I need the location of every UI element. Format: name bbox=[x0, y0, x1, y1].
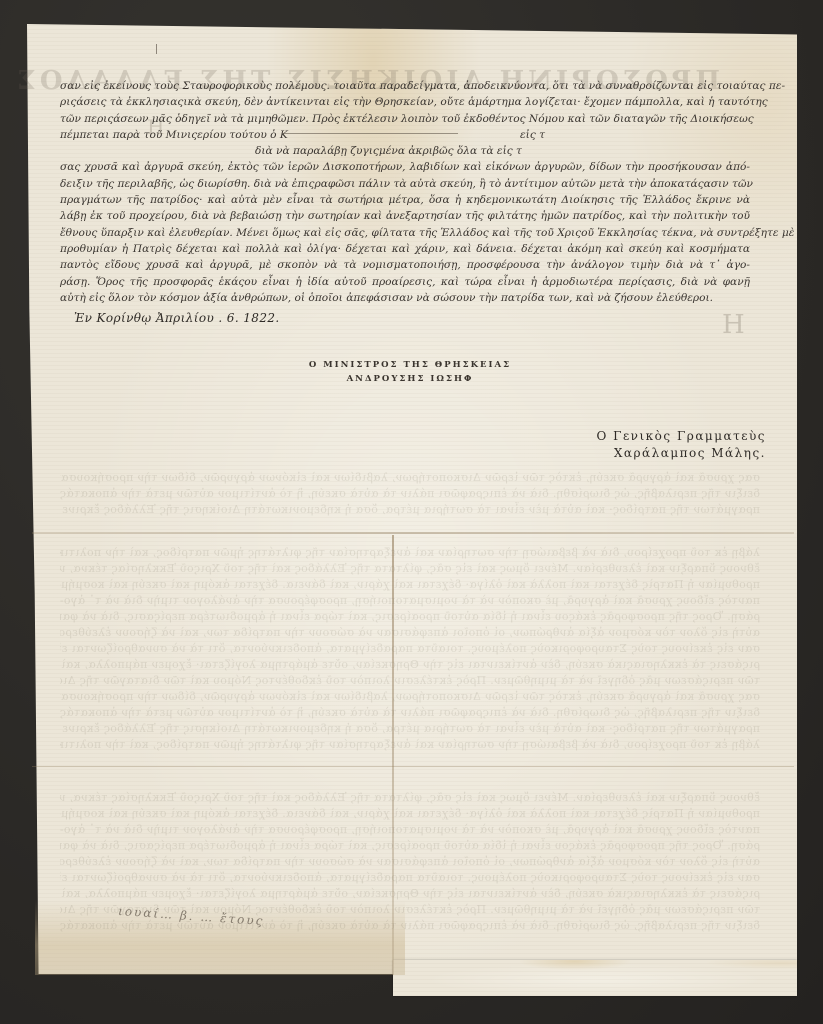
minister-signature-block: Ο ΜΙΝΙΣΤΡΟΣ ΤΗΣ ΘΡΗΣΚΕΙΑΣ ΑΝΔΡΟΥΣΗΣ ΙΩΣΗ… bbox=[290, 358, 530, 386]
secretary-name: Χαράλαμπος Μάλης. bbox=[556, 445, 766, 462]
secretary-signature-block: Ο Γενικὸς Γραμματεὺς Χαράλαμπος Μάλης. bbox=[556, 428, 766, 462]
minister-title: Ο ΜΙΝΙΣΤΡΟΣ ΤΗΣ ΘΡΗΣΚΕΙΑΣ bbox=[290, 358, 530, 372]
bleed-through-line: προθυμίαν ἡ Πατρὶς δέχεται καὶ πολλὰ καὶ… bbox=[60, 577, 760, 594]
paper-lower-right-extension bbox=[393, 960, 797, 996]
bleed-through-line: λάβῃ ἐκ τοῦ προχείρου, διὰ νὰ βεβαιώσῃ τ… bbox=[60, 737, 760, 754]
horizontal-fold-line-lower bbox=[32, 766, 794, 767]
body-line: διὰ νὰ παραλάβῃ ζυγιςμένα ἀκριβῶς ὅλα τὰ… bbox=[60, 143, 750, 159]
bleed-through-letter-right: Η bbox=[722, 310, 745, 340]
blank-fill-in-rule bbox=[283, 133, 458, 134]
date-line: Ἐν Κορίνθῳ Ἀπριλίου . 6. 1822. bbox=[74, 311, 280, 325]
bleed-through-line: δειξιν τῆς περιλαβῆς, ὡς διωρίσθη. διὰ ν… bbox=[60, 486, 760, 503]
bleed-through-line: ράσῃ. Ὅρος τῆς προσφορᾶς ἑκάςου εἶναι ἡ … bbox=[60, 838, 760, 855]
body-line: ράσῃ. Ὅρος τῆς προσφορᾶς ἑκάςου εἶναι ἡ … bbox=[60, 274, 750, 290]
bleed-through-line: ἔθνους ὕπαρξιν καὶ ἐλευθερίαν. Μένει ὅμω… bbox=[60, 561, 760, 578]
body-line: αὐτὴ εἰς ὅλον τὸν κόσμον ἀξία ἀνθρώπων, … bbox=[60, 290, 750, 306]
body-line: πέμπεται παρὰ τοῦ Μινιςερίου τούτου ὁ Κ bbox=[60, 127, 288, 143]
bleed-through-line: σαν εἰς ἐκείνους τοὺς Σταυροφορικοὺς πολ… bbox=[60, 641, 760, 658]
body-line: παντὸς εἴδους χρυσᾶ καὶ ἀργυρᾶ, μὲ σκοπὸ… bbox=[60, 257, 750, 273]
secretary-title: Ο Γενικὸς Γραμματεὺς bbox=[556, 428, 766, 445]
body-line: λάβῃ ἐκ τοῦ προχείρου, διὰ νὰ βεβαιώσῃ τ… bbox=[60, 208, 750, 224]
bleed-through-line: παντὸς εἴδους χρυσᾶ καὶ ἀργυρᾶ, μὲ σκοπὸ… bbox=[60, 593, 760, 610]
bleed-through-line: λάβῃ ἐκ τοῦ προχείρου, διὰ νὰ βεβαιώσῃ τ… bbox=[60, 545, 760, 562]
body-line: δειξιν τῆς περιλαβῆς, ὡς διωρίσθη. διὰ ν… bbox=[60, 176, 750, 192]
bleed-through-line: τῶν περιςάσεων μᾶς ὁδηγεῖ νὰ τὰ μιμηθῶμε… bbox=[60, 673, 760, 690]
bleed-through-line: ριςάσεις τὰ ἐκκλησιαςικὰ σκεύη, δὲν ἀντί… bbox=[60, 657, 760, 674]
bleed-through-line: πραγμάτων τῆς πατρίδος· καὶ αὐτὰ μὲν εἶν… bbox=[60, 502, 760, 519]
bleed-through-line: πραγμάτων τῆς πατρίδος· καὶ αὐτὰ μὲν εἶν… bbox=[60, 721, 760, 738]
bleed-through-line: προθυμίαν ἡ Πατρὶς δέχεται καὶ πολλὰ καὶ… bbox=[60, 806, 760, 823]
body-line: ριςάσεις τὰ ἐκκλησιαςικὰ σκεύη, δὲν ἀντί… bbox=[60, 94, 750, 110]
minister-name: ΑΝΔΡΟΥΣΗΣ ΙΩΣΗΦ bbox=[290, 372, 530, 386]
body-line: σαν εἰς ἐκείνους τοὺς Σταυροφορικοὺς πολ… bbox=[60, 78, 750, 94]
body-line: ἔθνους ὕπαρξιν καὶ ἐλευθερίαν. Μένει ὅμω… bbox=[60, 225, 750, 241]
bleed-through-line: αὐτὴ εἰς ὅλον τὸν κόσμον ἀξία ἀνθρώπων, … bbox=[60, 625, 760, 642]
bleed-through-line: σας χρυσᾶ καὶ ἀργυρᾶ σκεύη, ἐκτὸς τῶν ἱε… bbox=[60, 470, 760, 487]
bleed-through-line: αὐτὴ εἰς ὅλον τὸν κόσμον ἀξία ἀνθρώπων, … bbox=[60, 854, 760, 871]
bleed-through-line: δειξιν τῆς περιλαβῆς, ὡς διωρίσθη. διὰ ν… bbox=[60, 705, 760, 722]
bleed-through-line: ράσῃ. Ὅρος τῆς προσφορᾶς ἑκάςου εἶναι ἡ … bbox=[60, 609, 760, 626]
body-line: τῶν περιςάσεων μᾶς ὁδηγεῖ νὰ τὰ μιμηθῶμε… bbox=[60, 111, 750, 127]
body-line-fragment: εἰς τ bbox=[520, 127, 545, 143]
bleed-through-line: σας χρυσᾶ καὶ ἀργυρᾶ σκεύη, ἐκτὸς τῶν ἱε… bbox=[60, 689, 760, 706]
bleed-through-line: ἔθνους ὕπαρξιν καὶ ἐλευθερίαν. Μένει ὅμω… bbox=[60, 790, 760, 807]
body-line: προθυμίαν ἡ Πατρὶς δέχεται καὶ πολλὰ καὶ… bbox=[60, 241, 750, 257]
proclamation-body: σαν εἰς ἐκείνους τοὺς Σταυροφορικοὺς πολ… bbox=[60, 78, 750, 306]
body-line: πραγμάτων τῆς πατρίδος· καὶ αὐτὰ μὲν εἶν… bbox=[60, 192, 750, 208]
horizontal-fold-line bbox=[32, 532, 794, 534]
body-line: σας χρυσᾶ καὶ ἀργυρᾶ σκεύη, ἐκτὸς τῶν ἱε… bbox=[60, 159, 750, 175]
bleed-through-line: παντὸς εἴδους χρυσᾶ καὶ ἀργυρᾶ, μὲ σκοπὸ… bbox=[60, 822, 760, 839]
bleed-through-line: ριςάσεις τὰ ἐκκλησιαςικὰ σκεύη, δὲν ἀντί… bbox=[60, 886, 760, 903]
bleed-through-line: σαν εἰς ἐκείνους τοὺς Σταυροφορικοὺς πολ… bbox=[60, 870, 760, 887]
pencil-mark bbox=[156, 44, 157, 54]
